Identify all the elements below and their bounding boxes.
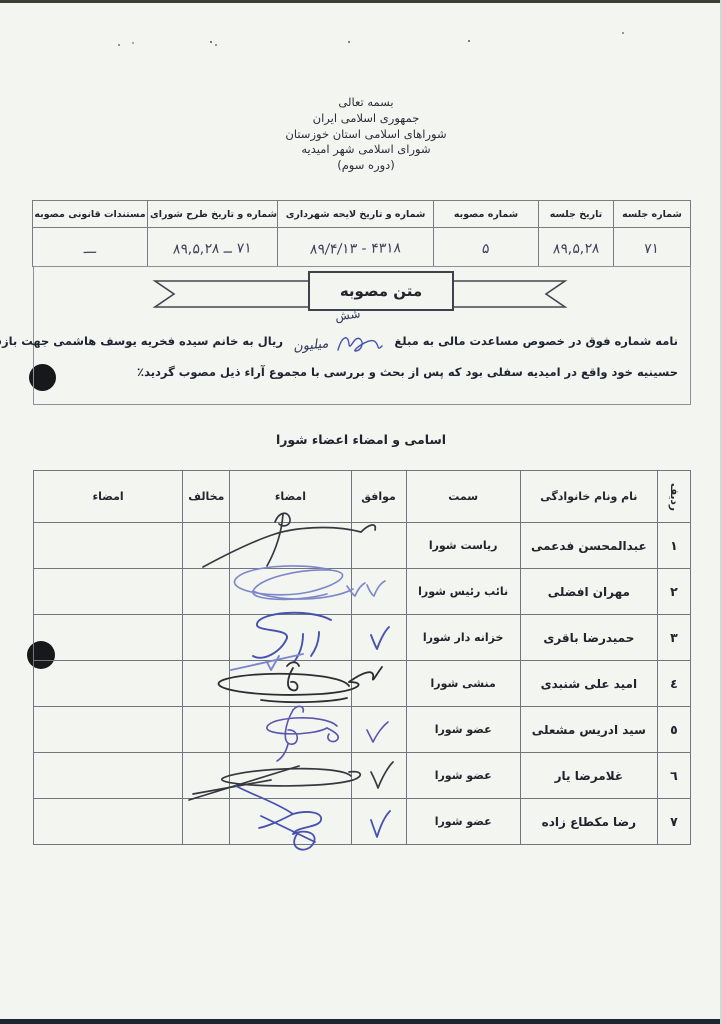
ribbon-left-wing	[155, 281, 316, 307]
member-row-7: ٧ رضا مکطاع زاده عضو شورا	[34, 799, 691, 845]
members-col-rowno: ردیف	[657, 471, 690, 523]
resolution-body: نامه شماره فوق در خصوص مساعدت مالی به مب…	[42, 320, 678, 379]
scanned-council-resolution-page: { "letterhead": { "line1": "بسمه تعالی",…	[0, 0, 722, 1024]
cell-signature-opposed	[34, 707, 183, 753]
cell-opposed	[183, 569, 230, 615]
letterhead-country: جمهوری اسلامی ایران	[196, 111, 536, 127]
cell-rowno: ٣	[657, 615, 690, 661]
cell-agree	[351, 615, 406, 661]
cell-agree	[351, 799, 406, 845]
resolution-meta-table: شماره جلسه تاریخ جلسه شماره مصوبه شماره …	[32, 200, 691, 267]
meta-value-legal-docs: ـــ	[33, 228, 148, 267]
handwritten-amount-scribble	[334, 332, 386, 356]
cell-signature-opposed	[34, 523, 183, 569]
cell-agree	[351, 707, 406, 753]
cell-agree	[351, 569, 406, 615]
member-row-5: ٥ سید ادریس مشعلی عضو شورا	[34, 707, 691, 753]
cell-rowno: ٦	[657, 753, 690, 799]
cell-rowno: ٧	[657, 799, 690, 845]
meta-col-legal-docs: مستندات قانونی مصوبه	[33, 201, 148, 228]
handwritten-amount: شش میلیون	[291, 332, 386, 356]
member-row-2: ٢ مهران افضلی نائب رئیس شورا	[34, 569, 691, 615]
cell-name: عبدالمحسن فدعمی	[520, 523, 657, 569]
meta-header-row: شماره جلسه تاریخ جلسه شماره مصوبه شماره …	[33, 201, 691, 228]
resolution-banner: متن مصوبه	[308, 271, 454, 311]
cell-signature-opposed	[34, 799, 183, 845]
resolution-line-2: حسینیه خود واقع در امیدیه سفلی بود که پس…	[42, 365, 678, 379]
members-table: ردیف نام ونام خانوادگی سمت موافق امضاء م…	[33, 470, 691, 845]
members-col-signature-agree: امضاء	[230, 471, 351, 523]
members-table-title: اسامی و امضاء اعضاء شورا	[251, 432, 471, 447]
cell-position: نائب رئیس شورا	[406, 569, 520, 615]
cell-signature	[230, 523, 351, 569]
scan-specks	[118, 44, 120, 46]
cell-name: حمیدرضا باقری	[520, 615, 657, 661]
cell-position: عضو شورا	[406, 799, 520, 845]
cell-opposed	[183, 661, 230, 707]
letterhead: بسمه تعالی جمهوری اسلامی ایران شوراهای ا…	[196, 95, 536, 174]
members-col-signature-opposed: امضاء	[34, 471, 183, 523]
cell-opposed	[183, 753, 230, 799]
cell-rowno: ٢	[657, 569, 690, 615]
member-row-3: ٣ حمیدرضا باقری خزانه دار شورا	[34, 615, 691, 661]
members-col-opposed: مخالف	[183, 471, 230, 523]
handwritten-amount-word: میلیون	[292, 336, 329, 355]
cell-agree	[351, 661, 406, 707]
member-row-6: ٦ غلامرضا یار عضو شورا	[34, 753, 691, 799]
letterhead-term: (دوره سوم)	[196, 158, 536, 174]
letterhead-bismillah: بسمه تعالی	[196, 95, 536, 111]
cell-position: منشی شورا	[406, 661, 520, 707]
resolution-text-before-amount: نامه شماره فوق در خصوص مساعدت مالی به مب…	[394, 334, 678, 348]
cell-signature-opposed	[34, 569, 183, 615]
members-col-name: نام ونام خانوادگی	[520, 471, 657, 523]
cell-name: غلامرضا یار	[520, 753, 657, 799]
cell-name: رضا مکطاع زاده	[520, 799, 657, 845]
meta-col-bill: شماره و تاریخ لایحه شهرداری	[278, 201, 434, 228]
cell-opposed	[183, 707, 230, 753]
meta-col-resolution-no: شماره مصوبه	[434, 201, 539, 228]
members-col-position: سمت	[406, 471, 520, 523]
meta-value-resolution-no: ۵	[434, 228, 539, 267]
handwritten-amount-digits: شش	[334, 306, 361, 323]
cell-rowno: ١	[657, 523, 690, 569]
members-header-row: ردیف نام ونام خانوادگی سمت موافق امضاء م…	[34, 471, 691, 523]
cell-rowno: ٥	[657, 707, 690, 753]
members-col-agree: موافق	[351, 471, 406, 523]
scan-edge-bottom	[0, 1019, 722, 1024]
meta-values-row: ۷۱ ۸۹,۵,۲۸ ۵ ۸۹/۴/۱۳ - ۴۳۱۸ ۸۹,۵,۲۸ ــ ۷…	[33, 228, 691, 267]
meta-value-session-no: ۷۱	[614, 228, 691, 267]
cell-rowno: ٤	[657, 661, 690, 707]
resolution-line-1: نامه شماره فوق در خصوص مساعدت مالی به مب…	[42, 332, 678, 356]
cell-agree	[351, 523, 406, 569]
meta-value-session-date: ۸۹,۵,۲۸	[539, 228, 614, 267]
cell-name: امید علی شنبدی	[520, 661, 657, 707]
cell-signature-opposed	[34, 753, 183, 799]
cell-signature	[230, 661, 351, 707]
cell-signature-opposed	[34, 615, 183, 661]
meta-col-session-no: شماره جلسه	[614, 201, 691, 228]
cell-name: مهران افضلی	[520, 569, 657, 615]
meta-col-session-date: تاریخ جلسه	[539, 201, 614, 228]
cell-name: سید ادریس مشعلی	[520, 707, 657, 753]
cell-signature	[230, 615, 351, 661]
member-row-4: ٤ امید علی شنبدی منشی شورا	[34, 661, 691, 707]
cell-position: عضو شورا	[406, 707, 520, 753]
member-row-1: ١ عبدالمحسن فدعمی ریاست شورا	[34, 523, 691, 569]
cell-opposed	[183, 615, 230, 661]
cell-position: ریاست شورا	[406, 523, 520, 569]
letterhead-city-council: شورای اسلامی شهر امیدیه	[196, 142, 536, 158]
scan-edge-top	[0, 0, 722, 3]
cell-signature	[230, 707, 351, 753]
cell-signature	[230, 569, 351, 615]
cell-agree	[351, 753, 406, 799]
cell-signature	[230, 753, 351, 799]
meta-value-plan: ۸۹,۵,۲۸ ــ ۷۱	[148, 228, 278, 267]
cell-position: خزانه دار شورا	[406, 615, 520, 661]
cell-signature	[230, 799, 351, 845]
meta-col-plan: شماره و تاریخ طرح شورای اسلامی	[148, 201, 278, 228]
cell-position: عضو شورا	[406, 753, 520, 799]
letterhead-province-councils: شوراهای اسلامی استان خوزستان	[196, 127, 536, 143]
cell-signature-opposed	[34, 661, 183, 707]
cell-opposed	[183, 799, 230, 845]
meta-value-bill: ۸۹/۴/۱۳ - ۴۳۱۸	[278, 228, 434, 267]
resolution-text-after-amount: ریال به خانم سیده فخریه یوسف هاشمی جهت ب…	[0, 334, 283, 348]
cell-opposed	[183, 523, 230, 569]
